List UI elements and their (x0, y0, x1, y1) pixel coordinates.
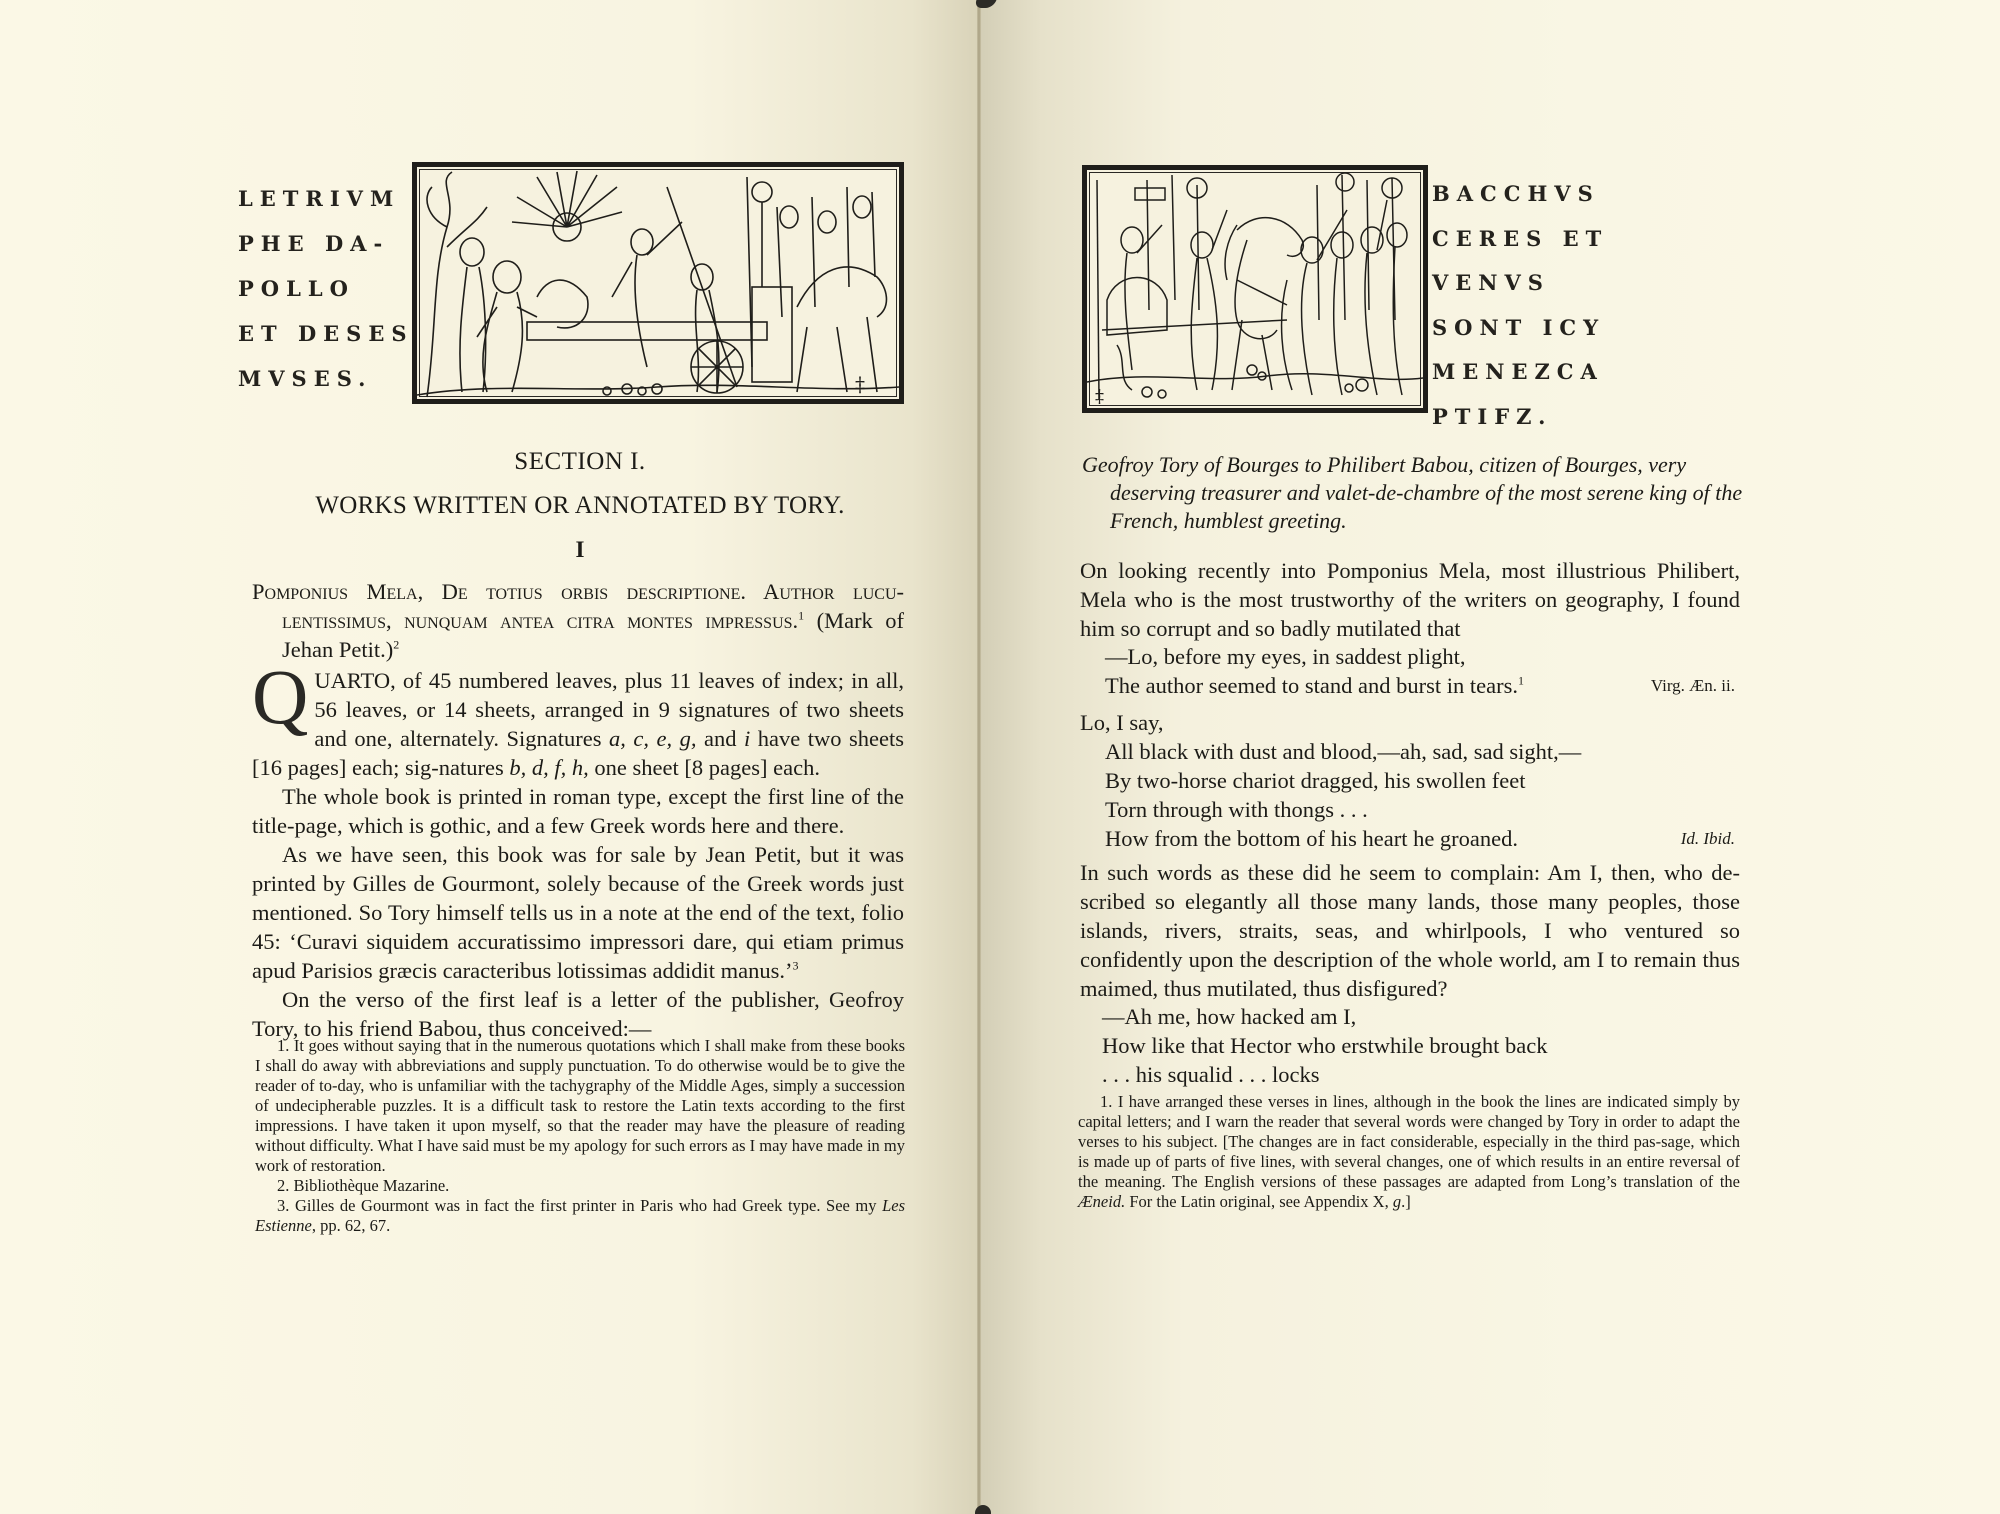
entry-number: I (240, 537, 920, 563)
verse-line: —Ah me, how hacked am I, (1102, 1002, 1732, 1031)
left-body: Pomponius Mela, De totius orbis descript… (252, 577, 904, 1043)
text: For the Latin original, see Appendix X, (1125, 1192, 1393, 1211)
text: 3. Gilles de Gourmont was in fact the fi… (277, 1196, 882, 1215)
caption-line: PTIFZ. (1432, 395, 1608, 440)
caption-line: LETRIVM (238, 176, 414, 221)
verse-attribution: Id. Ibid. (1681, 824, 1735, 853)
paragraph-quarto: QUARTO, of 45 numbered leaves, plus 11 l… (252, 666, 904, 782)
text: a, c, e, g, (609, 726, 696, 751)
woodcut-engraving-icon: ‡ (417, 167, 899, 399)
footnote-1: 1. It goes without saying that in the nu… (255, 1036, 905, 1176)
dropcap-q: Q (252, 668, 308, 726)
caption-line: MENEZCA (1432, 350, 1608, 395)
footnote-ref[interactable]: 1 (1518, 674, 1524, 688)
verse-block-1: —Lo, before my eyes, in saddest plight, … (1105, 642, 1735, 700)
verse-line: By two-horse chariot dragged, his swolle… (1105, 766, 1735, 795)
verse-line: The author seemed to stand and burst in … (1105, 671, 1735, 700)
text: 1. I have arranged these verses in lines… (1078, 1092, 1740, 1191)
verse-line: —Lo, before my eyes, in saddest plight, (1105, 642, 1735, 671)
paragraph-gourmont: As we have seen, this book was for sale … (252, 840, 904, 985)
caption-line: SONT ICY (1432, 306, 1608, 351)
footnote-ref[interactable]: 2 (393, 638, 399, 652)
right-woodcut-caption: BACCHVS CERES ET VENVS SONT ICY MENEZCA … (1432, 172, 1608, 439)
apollo-woodcut-illustration: ‡ (412, 162, 904, 404)
letter-heading: Geofroy Tory of Bourges to Philibert Bab… (1082, 451, 1764, 535)
svg-text:‡: ‡ (1095, 386, 1104, 407)
caption-line: ET DESES (238, 311, 414, 356)
binding-edge-bottom (975, 1505, 991, 1514)
gutter (977, 0, 981, 1514)
verse-line: How like that Hector who erstwhile broug… (1102, 1031, 1732, 1060)
paragraph: On looking recently into Pomponius Mela,… (1080, 556, 1740, 643)
letter-paragraph-1: On looking recently into Pomponius Mela,… (1080, 556, 1740, 643)
lo-i-say: Lo, I say, (1080, 708, 1164, 737)
footnote-1: 1. I have arranged these verses in lines… (1078, 1092, 1740, 1212)
paragraph-verso: On the verso of the first leaf is a lett… (252, 985, 904, 1043)
svg-text:‡: ‡ (855, 372, 865, 396)
verse-block-3: —Ah me, how hacked am I, How like that H… (1102, 1002, 1732, 1089)
caption-line: BACCHVS (1432, 172, 1608, 217)
caption-line: MVSES. (238, 356, 414, 401)
text: .] (1401, 1192, 1411, 1211)
caption-line: CERES ET (1432, 217, 1608, 262)
text: g (1393, 1192, 1401, 1211)
verse-block-2: All black with dust and blood,—ah, sad, … (1105, 737, 1735, 853)
footnote-3: 3. Gilles de Gourmont was in fact the fi… (255, 1196, 905, 1236)
text: one sheet [8 pages] each. (589, 755, 820, 780)
text: and (697, 726, 744, 751)
verse-line: How from the bottom of his heart he groa… (1105, 824, 1735, 853)
entry-title: Pomponius Mela, De totius orbis descript… (252, 577, 904, 664)
text: , pp. 62, 67. (312, 1216, 390, 1235)
verse-line: . . . his squalid . . . locks (1102, 1060, 1732, 1089)
book-title: Æneid. (1078, 1192, 1125, 1211)
verse-line: Torn through with thongs . . . (1105, 795, 1735, 824)
right-footnote: 1. I have arranged these verses in lines… (1078, 1092, 1740, 1212)
book-spread: LETRIVM PHE DA- POLLO ET DESES MVSES. (0, 0, 2000, 1514)
section-heading: SECTION I. (240, 448, 920, 476)
text: How from the bottom of his heart he groa… (1105, 826, 1518, 851)
left-footnotes: 1. It goes without saying that in the nu… (255, 1036, 905, 1236)
text: As we have seen, this book was for sale … (252, 842, 904, 983)
footnote-ref[interactable]: 3 (793, 959, 799, 973)
woodcut-engraving-icon: ‡ (1087, 170, 1423, 408)
section-subheading: WORKS WRITTEN OR ANNOTATED BY TORY. (240, 492, 920, 520)
verse-attribution: Virg. Æn. ii. (1651, 671, 1735, 700)
letter-paragraph-2: In such words as these did he seem to co… (1080, 858, 1740, 1003)
caption-line: POLLO (238, 266, 414, 311)
left-woodcut-caption: LETRIVM PHE DA- POLLO ET DESES MVSES. (238, 176, 414, 401)
bacchus-woodcut-illustration: ‡ (1082, 165, 1428, 413)
paragraph-roman-type: The whole book is printed in roman type,… (252, 782, 904, 840)
text: —Lo, before my eyes, in saddest plight, (1105, 644, 1466, 669)
caption-line: VENVS (1432, 261, 1608, 306)
paragraph: In such words as these did he seem to co… (1080, 858, 1740, 1003)
caption-line: PHE DA- (238, 221, 414, 266)
text: The author seemed to stand and burst in … (1105, 673, 1518, 698)
text: b, d, f, h, (509, 755, 588, 780)
footnote-2: 2. Bibliothèque Mazarine. (255, 1176, 905, 1196)
verse-line: All black with dust and blood,—ah, sad, … (1105, 737, 1735, 766)
